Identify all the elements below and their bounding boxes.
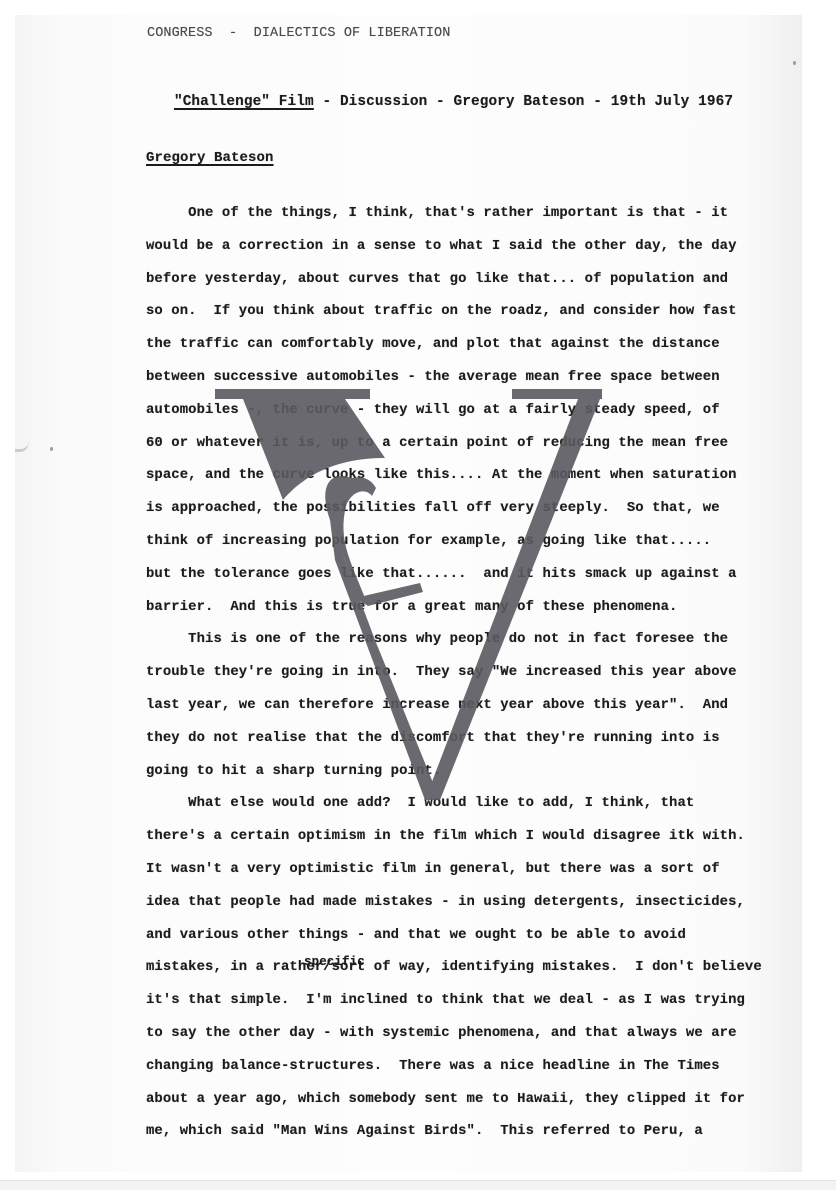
speaker-heading: Gregory Bateson <box>146 150 274 166</box>
transcript-line: would be a correction in a sense to what… <box>146 238 737 254</box>
film-label: "Challenge" Film <box>174 94 314 110</box>
transcript-line: is approached, the possibilities fall of… <box>146 500 720 516</box>
transcript-line: think of increasing population for examp… <box>146 533 711 549</box>
transcript-line: the traffic can comfortably move, and pl… <box>146 336 720 352</box>
transcript-line: changing balance-structures. There was a… <box>146 1058 720 1074</box>
interlinear-insertion: specific <box>304 955 365 969</box>
scan-edge-mark <box>15 433 29 452</box>
transcript-line: they do not realise that the discomfort … <box>146 730 720 746</box>
transcript-line: last year, we can therefore increase nex… <box>146 697 728 713</box>
transcript-line: about a year ago, which somebody sent me… <box>146 1091 745 1107</box>
viewer-background <box>0 1180 836 1190</box>
transcript-line: trouble they're going in into. They say … <box>146 664 737 680</box>
transcript-line: and various other things - and that we o… <box>146 927 686 943</box>
transcript-line: but the tolerance goes like that...... a… <box>146 566 737 582</box>
transcript-line: me, which said "Man Wins Against Birds".… <box>146 1123 703 1139</box>
transcript-line: it's that simple. I'm inclined to think … <box>146 992 745 1008</box>
transcript-line: 60 or whatever it is, up to a certain po… <box>146 435 728 451</box>
transcript-line: It wasn't a very optimistic film in gene… <box>146 861 720 877</box>
transcript-line: This is one of the reasons why people do… <box>146 631 728 647</box>
scan-speck <box>50 447 53 451</box>
transcript-line: space, and the curve looks like this....… <box>146 467 737 483</box>
transcript-line: barrier. And this is true for a great ma… <box>146 599 677 615</box>
transcript-line: to say the other day - with systemic phe… <box>146 1025 737 1041</box>
document-header: CONGRESS - DIALECTICS OF LIBERATION <box>147 26 450 41</box>
transcript-line: One of the things, I think, that's rathe… <box>146 205 728 221</box>
scan-speck <box>793 61 796 65</box>
scanned-page: CONGRESS - DIALECTICS OF LIBERATION "Cha… <box>15 15 802 1172</box>
transcript-line: going to hit a sharp turning point. <box>146 763 441 779</box>
transcript-line: before yesterday, about curves that go l… <box>146 271 728 287</box>
transcript-line: automobiles -, the curve - they will go … <box>146 402 720 418</box>
transcript-line: so on. If you think about traffic on the… <box>146 303 737 319</box>
transcript-line: idea that people had made mistakes - in … <box>146 894 745 910</box>
transcript-line: mistakes, in a rather/sort of way, ident… <box>146 959 762 975</box>
transcript-line: What else would one add? I would like to… <box>146 795 694 811</box>
title-rest: - Discussion - Gregory Bateson - 19th Ju… <box>314 94 733 110</box>
transcript-line: between successive automobiles - the ave… <box>146 369 720 385</box>
document-title: "Challenge" Film - Discussion - Gregory … <box>139 78 733 126</box>
transcript-line: there's a certain optimism in the film w… <box>146 828 745 844</box>
